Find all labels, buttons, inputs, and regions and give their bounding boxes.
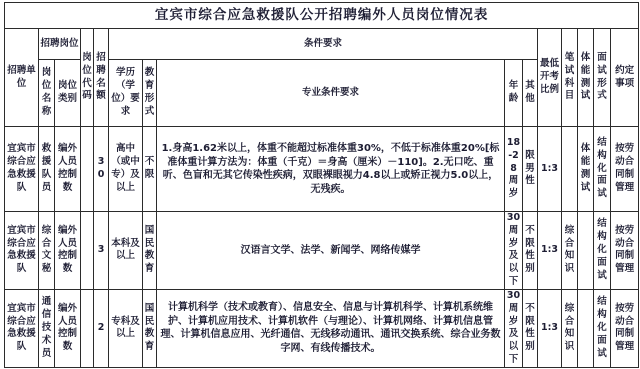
col-header-quota: 招聘名额 (94, 29, 109, 127)
col-header-written: 笔试科目 (562, 29, 578, 127)
table-row: 宜宾市综合应急救援队 通信技术员 编外人员控制数 2 专科及以上 国民教育 计算… (5, 289, 639, 367)
cell-post-type: 编外人员控制数 (55, 212, 81, 290)
cell-agreement: 按劳动合同制管理 (611, 127, 639, 212)
cell-quota: 3 (94, 212, 109, 290)
cell-edu-form: 国民教育 (143, 289, 157, 367)
cell-edu-req: 高中（或中专）及以上 (109, 127, 143, 212)
cell-post-name: 综合文秘 (39, 212, 55, 290)
cell-other: 不限性别 (523, 289, 538, 367)
cell-written: 综合知识 (562, 289, 578, 367)
cell-post-name: 救援队员 (39, 127, 55, 212)
col-header-interview: 面试形式 (594, 29, 611, 127)
cell-interview: 结构化面试 (594, 289, 611, 367)
cell-post-code (81, 212, 94, 290)
col-header-post-name: 岗位名称 (39, 60, 55, 127)
col-header-unit: 招聘单位 (5, 29, 39, 127)
cell-edu-req: 本科及以上 (109, 212, 143, 290)
cell-edu-form: 国民教育 (143, 212, 157, 290)
cell-quota: 30 (94, 127, 109, 212)
col-header-min-ratio: 最低开考比例 (538, 29, 562, 127)
col-header-age: 年龄 (505, 60, 523, 127)
table-row: 宜宾市综合应急救援队 救援队员 编外人员控制数 30 高中（或中专）及以上 不限… (5, 127, 639, 212)
cell-other: 限男性 (523, 127, 538, 212)
cell-age: 30周岁及以下 (505, 212, 523, 290)
cell-post-name: 通信技术员 (39, 289, 55, 367)
cell-post-type: 编外人员控制数 (55, 127, 81, 212)
cell-post-code (81, 127, 94, 212)
cell-physical (578, 212, 594, 290)
cell-age: 30周岁及以下 (505, 289, 523, 367)
col-header-other: 其他 (523, 60, 538, 127)
cell-unit: 宜宾市综合应急救援队 (5, 127, 39, 212)
cell-unit: 宜宾市综合应急救援队 (5, 212, 39, 290)
col-header-physical: 体能测试 (578, 29, 594, 127)
cell-physical: 体能测试 (578, 127, 594, 212)
cell-major: 1.身高1.62米以上，体重不能超过标准体重30%，不低于标准体重20%[标准体… (157, 127, 505, 212)
table-row: 宜宾市综合应急救援队 综合文秘 编外人员控制数 3 本科及以上 国民教育 汉语言… (5, 212, 639, 290)
cell-agreement: 按劳动合同制管理 (611, 289, 639, 367)
col-header-major: 专业条件要求 (157, 60, 505, 127)
cell-post-code (81, 289, 94, 367)
cell-major: 计算机科学（技术或教育）、信息安全、信息与计算机科学、计算机系统维护、计算机应用… (157, 289, 505, 367)
col-header-conditions: 条件要求 (109, 29, 538, 60)
cell-unit: 宜宾市综合应急救援队 (5, 289, 39, 367)
cell-written (562, 127, 578, 212)
col-header-edu-req: 学历（学位）要求 (109, 60, 143, 127)
cell-interview: 结构化面试 (594, 127, 611, 212)
cell-edu-form: 不限 (143, 127, 157, 212)
col-header-post-group: 招聘岗位 (39, 29, 81, 60)
table-title: 宜宾市综合应急救援队公开招聘编外人员岗位情况表 (5, 3, 639, 29)
col-header-agreement: 约定事项 (611, 29, 639, 127)
col-header-post-code: 岗位代码 (81, 29, 94, 127)
cell-post-type: 编外人员控制数 (55, 289, 81, 367)
cell-min-ratio: 1:3 (538, 127, 562, 212)
cell-edu-req: 专科及以上 (109, 289, 143, 367)
cell-agreement: 按劳动合同制管理 (611, 212, 639, 290)
cell-min-ratio: 1:3 (538, 212, 562, 290)
cell-other: 不限性别 (523, 212, 538, 290)
cell-physical (578, 289, 594, 367)
col-header-post-type: 岗位类别 (55, 60, 81, 127)
cell-interview: 结构化面试 (594, 212, 611, 290)
cell-quota: 2 (94, 289, 109, 367)
cell-age: 18-28周岁 (505, 127, 523, 212)
job-positions-table: 宜宾市综合应急救援队公开招聘编外人员岗位情况表 招聘单位 招聘岗位 岗位代码 招… (4, 2, 639, 368)
cell-major: 汉语言文学、法学、新闻学、网络传媒学 (157, 212, 505, 290)
cell-written: 综合知识 (562, 212, 578, 290)
col-header-edu-form: 教育形式 (143, 60, 157, 127)
cell-min-ratio: 1:3 (538, 289, 562, 367)
